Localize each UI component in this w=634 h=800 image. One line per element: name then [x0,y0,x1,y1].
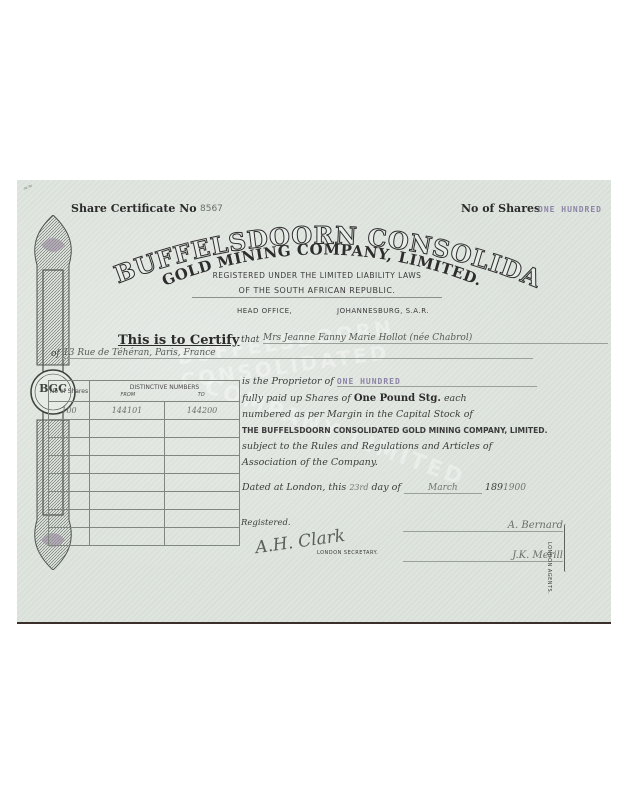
cell-to [165,456,240,474]
cell-to [165,528,240,546]
cell-from [90,510,165,528]
proprietor-text: is the Proprietor of [242,376,334,387]
cell-shares [49,492,90,510]
subject-line: subject to the Rules and Regulations and… [242,441,492,452]
denomination: One Pound Stg. [354,393,441,404]
each-text: each [444,393,467,404]
agent-signature-1: A. Bernard [403,520,563,532]
republic-text: OF THE SOUTH AFRICAN REPUBLIC. [192,286,442,298]
dated-text: Dated at London, this [242,482,346,493]
table-row [49,528,240,546]
table-row [49,492,240,510]
holder-address: 13 Rue de Téhéran, Paris, France [63,348,533,359]
col-header-distinctive-numbers: DISTINCTIVE NUMBERS FROM TO [90,381,240,402]
cell-from [90,492,165,510]
pencil-annotation: ≈≈ [22,182,34,193]
proprietor-stamp: ONE HUNDRED [337,377,537,387]
month-value: March [404,483,482,494]
certify-heading: This is to Certify [118,333,239,348]
cell-to [165,420,240,438]
cell-to [165,438,240,456]
cell-from [90,528,165,546]
agents-bracket [564,524,568,572]
table-row: 100144101144200 [49,402,240,420]
cell-to [165,474,240,492]
cell-to [165,510,240,528]
proprietor-line: is the Proprietor of ONE HUNDRED [242,376,537,387]
address-prefix: of [51,349,60,359]
cell-to: 144200 [165,402,240,420]
cell-from [90,474,165,492]
col-header-no-of-shares: No of Shares [49,381,90,402]
that-label: that [241,335,259,345]
cell-shares [49,456,90,474]
numbered-line: numbered as per Margin in the Capital St… [242,409,473,420]
to-label: TO [165,392,237,399]
cell-shares [49,528,90,546]
company-name: THE BUFFELSDOORN CONSOLIDATED GOLD MININ… [242,426,547,435]
from-label: FROM [92,392,164,399]
fully-paid-text: fully paid up Shares of [242,393,351,404]
cell-from [90,438,165,456]
head-office-label: HEAD OFFICE, [237,307,292,315]
cell-from [90,456,165,474]
holder-name: Mrs Jeanne Fanny Marie Hollot (née Chabr… [263,333,608,344]
table-row [49,510,240,528]
association-line: Association of the Company. [242,457,378,468]
cell-shares [49,420,90,438]
secretary-label: LONDON SECRETARY. [317,550,378,556]
agent-signature-2: J.K. Merill [403,550,563,562]
cell-shares: 100 [49,402,90,420]
year-printed: 189 [485,482,503,493]
company-title-arc: THE BUFFELSDOORN CONSOLIDATED GOLD MININ… [87,212,557,292]
year-written: 1900 [503,483,526,493]
shares-table: No of Shares DISTINCTIVE NUMBERS FROM TO… [48,380,240,546]
cell-from [90,420,165,438]
cell-shares [49,474,90,492]
registered-under-text: REGISTERED UNDER THE LIMITED LIABILITY L… [167,271,467,280]
cell-shares [49,510,90,528]
fully-paid-line: fully paid up Shares of One Pound Stg. e… [242,393,467,404]
table-row [49,474,240,492]
registered-label: Registered. [241,518,291,528]
dated-line: Dated at London, this 23rd day of March … [242,482,526,494]
agents-label: LONDON AGENTS. [546,542,552,594]
distinctive-numbers-label: DISTINCTIVE NUMBERS [130,384,200,391]
cell-to [165,492,240,510]
day-of-text: day of [371,482,400,493]
table-row [49,456,240,474]
cell-from: 144101 [90,402,165,420]
share-certificate: ≈≈ Share Certificate No 8567 No of Share… [17,180,611,624]
table-row [49,438,240,456]
day-value: 23rd [349,483,368,492]
table-row [49,420,240,438]
cell-shares [49,438,90,456]
